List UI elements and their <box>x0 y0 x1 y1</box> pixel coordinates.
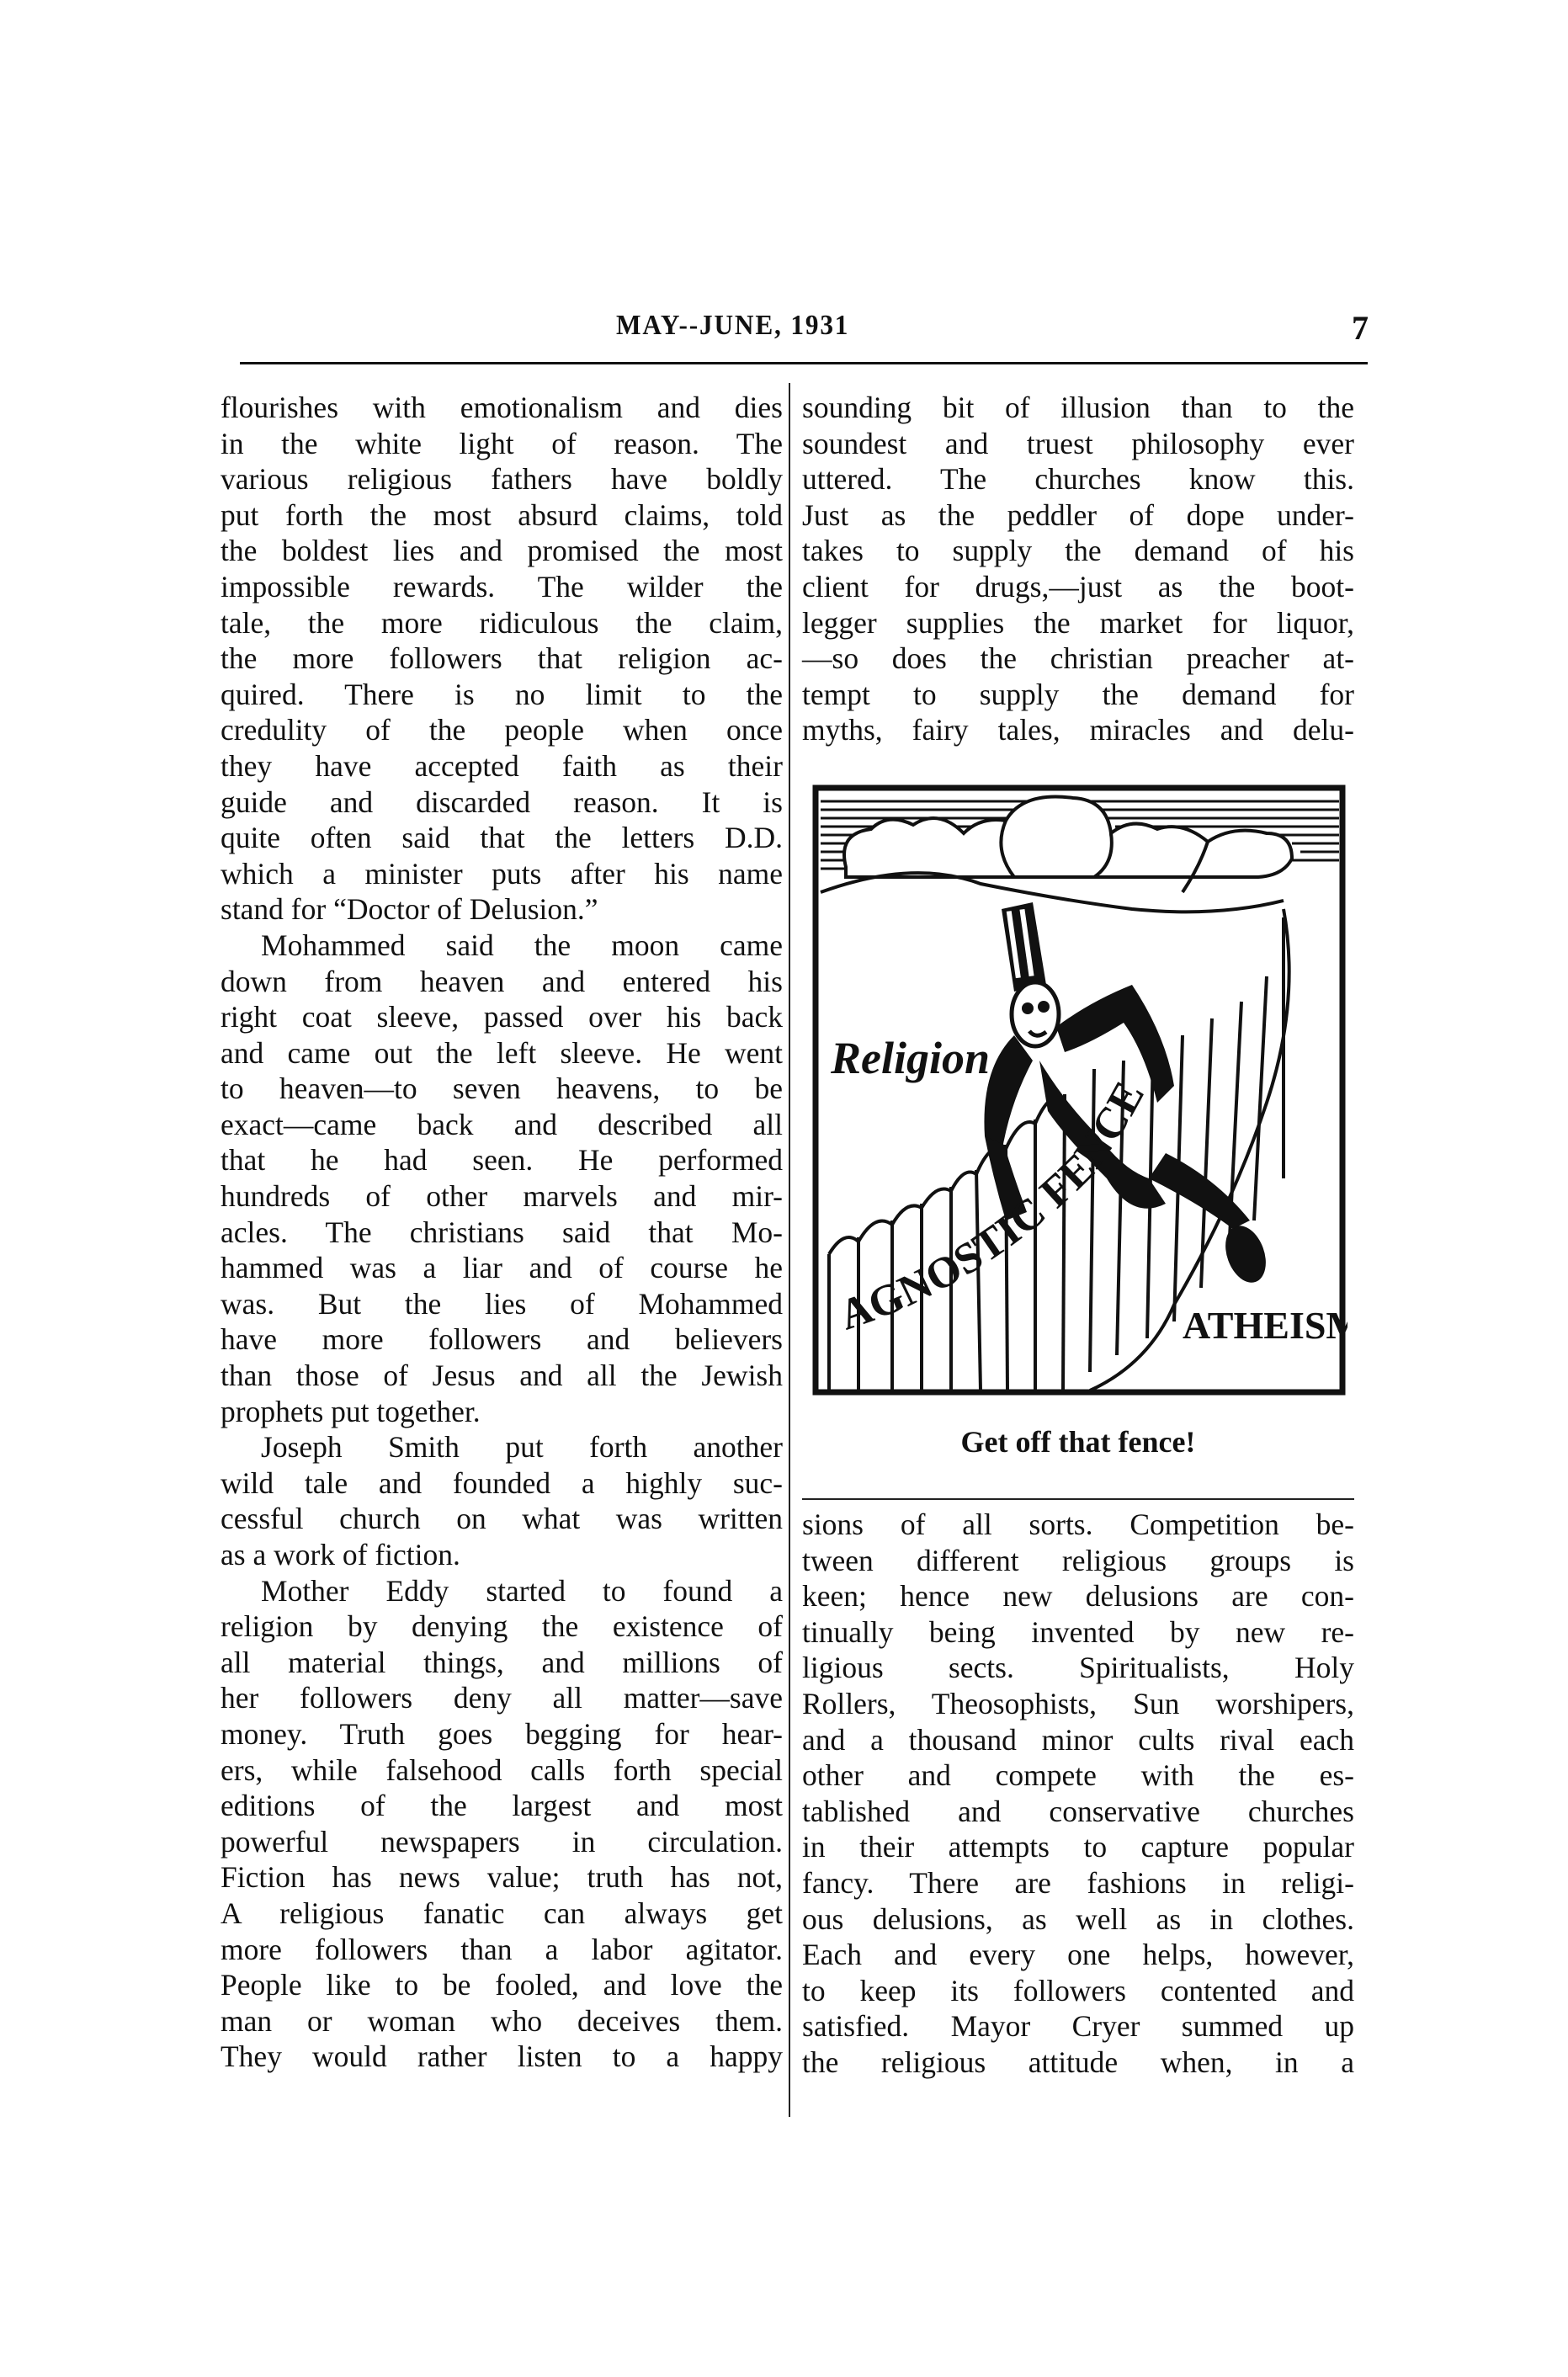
text-line: takes to supply the demand of his <box>802 533 1354 569</box>
text-line: quite often said that the letters D.D. <box>221 820 783 856</box>
paragraph-start: Mohammed said the moon came <box>221 928 783 964</box>
text-line: They would rather listen to a happy <box>221 2039 783 2075</box>
text-line: the boldest lies and promised the most <box>221 533 783 569</box>
text-line: sounding bit of illusion than to the <box>802 390 1354 426</box>
text-line: was. But the lies of Mohammed <box>221 1286 783 1322</box>
text-line: Each and every one helps, however, <box>802 1937 1354 1973</box>
text-line: client for drugs,—just as the boot- <box>802 569 1354 605</box>
text-line: her followers deny all matter—save <box>221 1680 783 1716</box>
text-line: impossible rewards. The wilder the <box>221 569 783 605</box>
text-line: to keep its followers contented and <box>802 1973 1354 2009</box>
atheism-label: ATHEISM <box>1183 1304 1347 1347</box>
text-line: People like to be fooled, and love the <box>221 1967 783 2003</box>
text-line: Fiction has news value; truth has not, <box>221 1859 783 1896</box>
header-rule <box>240 362 1368 364</box>
text-line: the more followers that religion ac- <box>221 641 783 677</box>
text-line: ligious sects. Spiritualists, Holy <box>802 1650 1354 1686</box>
text-line: hundreds of other marvels and mir- <box>221 1178 783 1215</box>
text-line: the religious attitude when, in a <box>802 2045 1354 2081</box>
text-line: editions of the largest and most <box>221 1788 783 1824</box>
text-line: in the white light of reason. The <box>221 426 783 462</box>
text-line: —so does the christian preacher at- <box>802 641 1354 677</box>
text-line: and a thousand minor cults rival each <box>802 1722 1354 1758</box>
text-line: powerful newspapers in circulation. <box>221 1824 783 1860</box>
text-line: right coat sleeve, passed over his back <box>221 999 783 1035</box>
text-line: ers, while falsehood calls forth special <box>221 1752 783 1789</box>
text-line: hammed was a liar and of course he <box>221 1250 783 1286</box>
text-line: flourishes with emotionalism and dies <box>221 390 783 426</box>
text-line: that he had seen. He performed <box>221 1142 783 1178</box>
text-line: wild tale and founded a highly suc- <box>221 1465 783 1502</box>
text-line: tempt to supply the demand for <box>802 677 1354 713</box>
text-line: sions of all sorts. Competition be- <box>802 1507 1354 1543</box>
text-line: A religious fanatic can always get <box>221 1896 783 1932</box>
text-line: down from heaven and entered his <box>221 964 783 1000</box>
text-line: tinually being invented by new re- <box>802 1614 1354 1651</box>
right-column-bottom: sions of all sorts. Competition be- twee… <box>802 1507 1354 2081</box>
text-line: tween different religious groups is <box>802 1543 1354 1579</box>
text-line: in their attempts to capture popular <box>802 1829 1354 1865</box>
cartoon-illustration: Religion <box>812 783 1347 1397</box>
text-line: religion by denying the existence of <box>221 1609 783 1645</box>
left-column: flourishes with emotionalism and dies in… <box>221 390 783 2075</box>
text-line: than those of Jesus and all the Jewish <box>221 1358 783 1394</box>
text-line: have more followers and believers <box>221 1321 783 1358</box>
text-line: credulity of the people when once <box>221 712 783 748</box>
right-column-top: sounding bit of illusion than to the sou… <box>802 390 1354 748</box>
paragraph-start: Mother Eddy started to found a <box>221 1573 783 1609</box>
paragraph-start: Joseph Smith put forth another <box>221 1429 783 1465</box>
text-line: prophets put together. <box>221 1394 783 1430</box>
text-line: they have accepted faith as their <box>221 748 783 784</box>
text-line: all material things, and millions of <box>221 1645 783 1681</box>
running-title: MAY--JUNE, 1931 <box>616 310 849 342</box>
text-line: myths, fairy tales, miracles and delu- <box>802 712 1354 748</box>
text-line: more followers than a labor agitator. <box>221 1932 783 1968</box>
text-line: tale, the more ridiculous the claim, <box>221 605 783 641</box>
text-line: legger supplies the market for liquor, <box>802 605 1354 641</box>
text-line: various religious fathers have boldly <box>221 461 783 497</box>
page-number: 7 <box>1352 308 1369 348</box>
text-line: Just as the peddler of dope under- <box>802 497 1354 534</box>
text-line: put forth the most absurd claims, told <box>221 497 783 534</box>
column-divider <box>789 383 790 2117</box>
text-line: man or woman who deceives them. <box>221 2003 783 2039</box>
text-line: Rollers, Theosophists, Sun worshipers, <box>802 1686 1354 1722</box>
text-line: tablished and conservative churches <box>802 1794 1354 1830</box>
text-line: ous delusions, as well as in clothes. <box>802 1901 1354 1938</box>
text-line: to heaven—to seven heavens, to be <box>221 1071 783 1107</box>
text-line: acles. The christians said that Mo- <box>221 1215 783 1251</box>
fence-cartoon-image: Religion <box>812 783 1347 1397</box>
text-line: fancy. There are fashions in religi- <box>802 1865 1354 1901</box>
running-head: MAY--JUNE, 1931 7 <box>219 310 1369 352</box>
text-line: which a minister puts after his name <box>221 856 783 892</box>
text-line: soundest and truest philosophy ever <box>802 426 1354 462</box>
text-line: stand for “Doctor of Delusion.” <box>221 891 783 928</box>
religion-label: Religion <box>830 1033 990 1083</box>
text-line: exact—came back and described all <box>221 1107 783 1143</box>
text-line: uttered. The churches know this. <box>802 461 1354 497</box>
text-line: quired. There is no limit to the <box>221 677 783 713</box>
text-line: satisfied. Mayor Cryer summed up <box>802 2008 1354 2045</box>
text-line: cessful church on what was written <box>221 1501 783 1537</box>
text-line: money. Truth goes begging for hear- <box>221 1716 783 1752</box>
text-line: guide and discarded reason. It is <box>221 784 783 821</box>
magazine-page: MAY--JUNE, 1931 7 flourishes with emotio… <box>0 0 1568 2377</box>
caption-rule <box>802 1498 1354 1500</box>
text-line: and came out the left sleeve. He went <box>221 1035 783 1072</box>
text-line: other and compete with the es- <box>802 1757 1354 1794</box>
text-line: keen; hence new delusions are con- <box>802 1578 1354 1614</box>
text-line: as a work of fiction. <box>221 1537 783 1573</box>
figure-caption: Get off that fence! <box>802 1424 1354 1460</box>
